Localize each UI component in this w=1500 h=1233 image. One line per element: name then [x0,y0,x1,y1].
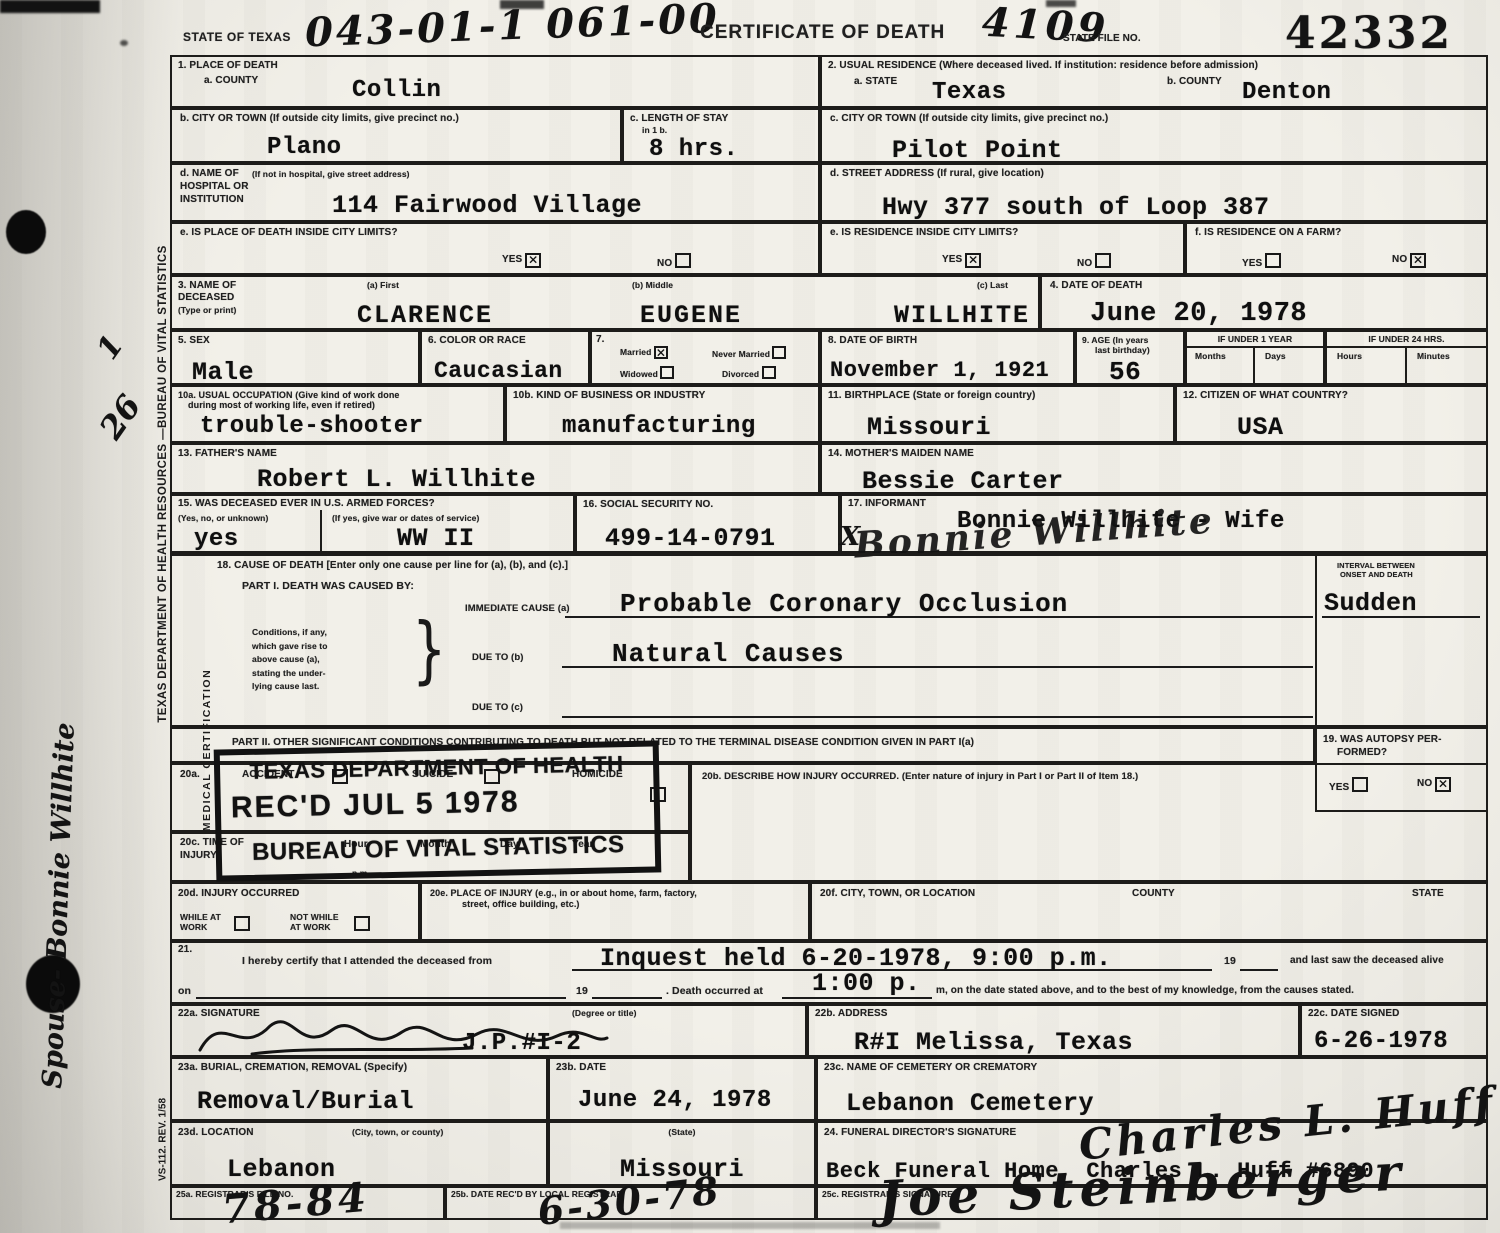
middle-name-value: EUGENE [640,301,742,330]
armed-forces-label: 15. WAS DECEASED EVER IN U.S. ARMED FORC… [178,498,435,511]
ssn-label: 16. SOCIAL SECURITY NO. [583,499,713,512]
field-autopsy: 19. WAS AUTOPSY PER- FORMED? YES NO ✕ [1315,727,1488,812]
no-option: NO ✕ [1417,777,1451,792]
certify-text-1: I hereby certify that I attended the dec… [242,955,492,968]
occupation-label-2: during most of working life, even if ret… [188,400,375,411]
field-cause-of-death: 18. CAUSE OF DEATH [Enter only one cause… [170,553,1488,727]
year-line-2 [592,997,662,999]
city-of-death-value: Plano [267,134,342,161]
days-label: Days [1265,351,1286,362]
conditions-line: above cause (a), [252,653,328,667]
check-mark: ✕ [1438,777,1448,791]
length-of-stay-sublabel: in 1 b. [642,125,667,136]
place-of-injury-label-1: 20e. PLACE OF INJURY (e.g., in or about … [430,888,697,899]
field-address: 22b. ADDRESS R#I Melissa, Texas [807,1004,1300,1057]
divorced-option: Divorced [722,366,776,380]
place-of-death-label: 1. PLACE OF DEATH [178,60,278,73]
field-hospital: d. NAME OF (If not in hospital, give str… [170,163,820,222]
margin-bureau-text: TEXAS DEPARTMENT OF HEALTH RESOURCES —BU… [157,199,169,769]
divorced-label: Divorced [722,369,759,379]
burial-type-value: Removal/Burial [197,1087,414,1116]
field-certification: 21. I hereby certify that I attended the… [170,941,1488,1004]
stamp-line-1: TEXAS DEPARTMENT OF HEALTH [220,750,653,785]
widowed-option: Widowed [620,366,674,380]
field-death-inside-city-limits: e. IS PLACE OF DEATH INSIDE CITY LIMITS?… [170,222,820,275]
field-fathers-name: 13. FATHER'S NAME Robert L. Willhite [170,443,820,494]
city-of-death-label: b. CITY OR TOWN (If outside city limits,… [180,113,459,126]
age-label-2: last birthday) [1095,345,1150,356]
injury-county-label: COUNTY [1132,888,1175,901]
not-while-at-work-label-2: AT WORK [290,922,331,933]
never-married-checkbox [772,346,786,359]
field-name-of-deceased: 3. NAME OF DECEASED (Type or print) (a) … [170,275,1040,330]
yes-label: YES [1329,782,1349,793]
divider [1405,346,1407,383]
sex-value: Male [192,358,254,387]
while-at-work-label-2: WORK [180,922,207,933]
describe-injury-label: 20b. DESCRIBE HOW INJURY OCCURRED. (Ente… [702,771,1138,783]
autopsy-label-1: 19. WAS AUTOPSY PER- [1323,734,1442,747]
burial-date-label: 23b. DATE [556,1062,606,1075]
due-to-c-label: DUE TO (c) [472,702,523,714]
address-label: 22b. ADDRESS [815,1008,888,1021]
field-armed-forces: 15. WAS DECEASED EVER IN U.S. ARMED FORC… [170,494,575,553]
scan-smudge [0,0,100,13]
divorced-checkbox [762,366,776,379]
year-line [1240,969,1278,971]
no-checkbox [675,253,691,268]
autopsy-label-2: FORMED? [1337,747,1387,760]
mothers-name-value: Bessie Carter [862,467,1064,496]
field-injury-location: 20f. CITY, TOWN, OR LOCATION COUNTY STAT… [810,882,1488,941]
check-mark: ✕ [656,346,666,360]
certify-on-label: on [178,985,191,998]
divider [1187,346,1323,348]
hospital-value: 114 Fairwood Village [332,191,642,220]
months-label: Months [1195,351,1226,362]
handwritten-district-code: 043-01-1 061-00 [304,0,720,56]
hospital-paren-label: (If not in hospital, give street address… [252,169,410,180]
industry-value: manufacturing [562,413,756,440]
residence-state-label: a. STATE [854,76,897,89]
length-of-stay-label: c. LENGTH OF STAY [630,113,728,126]
field-mothers-maiden-name: 14. MOTHER'S MAIDEN NAME Bessie Carter [820,443,1488,494]
certify-text-3: m, on the date stated above, and to the … [936,985,1354,998]
under-1-year-label: IF UNDER 1 YEAR [1187,334,1323,345]
due-to-c-line [562,716,1313,718]
immediate-cause-value: Probable Coronary Occlusion [620,589,1068,619]
certify-year-1: 19 [1224,955,1236,968]
check-mark: ✕ [528,253,538,267]
never-married-label: Never Married [712,349,770,359]
field-burial-date: 23b. DATE June 24, 1978 [548,1057,816,1121]
yes-checkbox-checked: ✕ [965,253,981,268]
received-stamp: TEXAS DEPARTMENT OF HEALTH REC'D JUL 5 1… [214,740,662,881]
county-value: Collin [352,77,441,104]
field-usual-occupation: 10a. USUAL OCCUPATION (Give kind of work… [170,385,505,443]
mothers-name-label: 14. MOTHER'S MAIDEN NAME [828,448,974,461]
field-date-of-death: 4. DATE OF DEATH June 20, 1978 [1040,275,1488,330]
field-informant: 17. INFORMANT Bonnie Willhite - Wife X B… [840,494,1488,553]
residence-county-label: b. COUNTY [1167,76,1222,89]
informant-label: 17. INFORMANT [848,498,926,511]
last-name-label: (c) Last [977,280,1008,291]
yes-label: YES [1242,258,1262,269]
hole-punch [6,210,46,254]
citizen-label: 12. CITIZEN OF WHAT COUNTRY? [1183,390,1348,403]
margin-handwritten-number: 26 [92,388,149,446]
field-age: 9. AGE (In years last birthday) 56 [1075,330,1185,385]
check-mark: ✕ [1413,253,1423,267]
field-residence-city: c. CITY OR TOWN (If outside city limits,… [820,108,1488,163]
ssn-value: 499-14-0791 [605,524,776,553]
not-while-at-work-checkbox [354,916,370,931]
field-registrar-file-no: 25a. REGISTRAR'S FILE NO. 78-84 [170,1186,445,1220]
hours-label: Hours [1337,351,1362,362]
never-married-option: Never Married [712,346,786,360]
divider [1253,346,1255,383]
divider [320,510,322,551]
stamp-line-2: REC'D JUL 5 1978 [231,785,520,825]
cemetery-label: 23c. NAME OF CEMETERY OR CREMATORY [824,1062,1037,1075]
field-business-industry: 10b. KIND OF BUSINESS OR INDUSTRY manufa… [505,385,820,443]
on-date-line [196,997,566,999]
hospital-label-2: HOSPITAL OR [180,181,249,194]
no-label: NO [657,258,672,269]
check-mark: ✕ [968,253,978,267]
no-option: NO [1077,253,1111,271]
middle-name-label: (b) Middle [632,280,673,291]
certificate-number: 42332 [1285,8,1453,59]
certificate-title: CERTIFICATE OF DEATH [700,21,945,45]
length-of-stay-value: 8 hrs. [649,136,738,163]
while-at-work-checkbox [234,916,250,931]
married-label: Married [620,347,651,357]
minutes-label: Minutes [1417,351,1450,362]
interval-label-1: INTERVAL BETWEEN [1337,561,1415,570]
age-value: 56 [1109,357,1141,387]
residence-state-value: Texas [932,79,1007,106]
armed-forces-value-2: WW II [397,524,475,553]
field-burial-type: 23a. BURIAL, CREMATION, REMOVAL (Specify… [170,1057,548,1121]
conditions-line: lying cause last. [252,680,328,694]
usual-residence-label: 2. USUAL RESIDENCE (Where deceased lived… [828,60,1258,73]
no-checkbox [1095,253,1111,268]
state-of-texas-label: STATE OF TEXAS [183,30,291,45]
armed-forces-value-1: yes [194,526,239,553]
part-1-label: PART I. DEATH WAS CAUSED BY: [242,580,414,593]
yes-option: YES [1242,253,1281,271]
field-place-of-injury: 20e. PLACE OF INJURY (e.g., in or about … [420,882,810,941]
certify-text-2: and last saw the deceased alive [1290,955,1444,968]
certify-year-2: 19 [576,985,588,998]
death-certificate-scan: TEXAS DEPARTMENT OF HEALTH RESOURCES —BU… [0,0,1500,1233]
cause-of-death-label: 18. CAUSE OF DEATH [Enter only one cause… [217,560,568,573]
date-signed-value: 6-26-1978 [1314,1028,1448,1055]
date-of-death-value: June 20, 1978 [1090,299,1307,329]
field-residence-on-farm: f. IS RESIDENCE ON A FARM? YES NO ✕ [1185,222,1488,275]
degree-label: (Degree or title) [572,1008,637,1019]
no-checkbox-checked: ✕ [1410,253,1426,268]
birthplace-value: Missouri [867,413,991,442]
certification-number: 21. [178,944,192,957]
field-marital-status: 7. Married ✕ Never Married Widowed Divor… [590,330,820,385]
sex-label: 5. SEX [178,335,210,348]
yes-option: YES ✕ [502,253,541,268]
marital-label: 7. [596,334,605,347]
immediate-cause-label: IMMEDIATE CAUSE (a) [465,603,570,615]
interval-label-2: ONSET AND DEATH [1340,570,1413,579]
armed-forces-sublabel-2: (If yes, give war or dates of service) [332,513,479,524]
field-if-under-1-year: IF UNDER 1 YEAR Months Days [1185,330,1325,385]
occupation-value: trouble-shooter [200,413,424,440]
conditions-line: Conditions, if any, [252,626,328,640]
no-label: NO [1392,254,1407,265]
field-length-of-stay: c. LENGTH OF STAY in 1 b. 8 hrs. [622,108,820,163]
residence-farm-label: f. IS RESIDENCE ON A FARM? [1195,227,1341,240]
married-option: Married ✕ [620,346,668,359]
field-signature: 22a. SIGNATURE J.P.#I-2 (Degree or title… [170,1004,807,1057]
cemetery-value: Lebanon Cemetery [846,1089,1094,1118]
margin-form-code: VS-112. REV. 1/58 [158,1077,169,1203]
field-usual-residence: 2. USUAL RESIDENCE (Where deceased lived… [820,55,1488,108]
field-street-address: d. STREET ADDRESS (If rural, give locati… [820,163,1488,222]
name-label-3: (Type or print) [178,305,236,316]
field-20a-label: 20a. [180,769,200,782]
due-to-b-value: Natural Causes [612,639,844,669]
widowed-label: Widowed [620,369,658,379]
citizen-value: USA [1237,413,1284,442]
injury-occurred-label: 20d. INJURY OCCURRED [178,888,299,901]
hospital-label-3: INSTITUTION [180,194,244,207]
due-to-b-label: DUE TO (b) [472,652,524,664]
death-city-limits-label: e. IS PLACE OF DEATH INSIDE CITY LIMITS? [180,227,398,240]
field-date-received: 25b. DATE REC'D BY LOCAL REGISTRAR 6-30-… [445,1186,816,1220]
birthplace-label: 11. BIRTHPLACE (State or foreign country… [828,390,1035,403]
field-citizen-country: 12. CITIZEN OF WHAT COUNTRY? USA [1175,385,1488,443]
dob-label: 8. DATE OF BIRTH [828,335,917,348]
fathers-name-label: 13. FATHER'S NAME [178,448,277,461]
residence-city-limits-label: e. IS RESIDENCE INSIDE CITY LIMITS? [830,227,1018,240]
burial-type-label: 23a. BURIAL, CREMATION, REMOVAL (Specify… [178,1062,407,1075]
street-address-value: Hwy 377 south of Loop 387 [882,193,1270,222]
interval-value: Sudden [1324,589,1417,618]
widowed-checkbox [660,366,674,379]
dob-value: November 1, 1921 [830,358,1049,383]
street-address-label: d. STREET ADDRESS (If rural, give locati… [830,168,1044,181]
death-occurred-label: . Death occurred at [666,985,763,998]
married-checkbox-checked: ✕ [654,346,668,359]
conditions-note: Conditions, if any, which gave rise to a… [252,626,328,694]
divider [1315,556,1317,726]
residence-city-label: c. CITY OR TOWN (If outside city limits,… [830,113,1108,126]
no-checkbox-checked: ✕ [1435,777,1451,792]
yes-label: YES [942,254,962,265]
conditions-line: stating the under- [252,667,328,681]
field-place-of-death: 1. PLACE OF DEATH a. COUNTY Collin [170,55,820,108]
burial-date-value: June 24, 1978 [578,1087,772,1114]
field-injury-occurred: 20d. INJURY OCCURRED WHILE AT WORK NOT W… [170,882,420,941]
yes-checkbox-checked: ✕ [525,253,541,268]
funeral-director-label: 24. FUNERAL DIRECTOR'S SIGNATURE [824,1127,1016,1140]
yes-checkbox [1352,777,1368,792]
first-name-value: CLARENCE [357,301,493,330]
industry-label: 10b. KIND OF BUSINESS OR INDUSTRY [513,390,705,403]
no-option: NO ✕ [1392,253,1426,268]
field-city-of-death: b. CITY OR TOWN (If outside city limits,… [170,108,622,163]
under-24-hrs-label: IF UNDER 24 HRS. [1327,334,1486,345]
field-date-of-birth: 8. DATE OF BIRTH November 1, 1921 [820,330,1075,385]
residence-county-value: Denton [1242,79,1331,106]
field-date-signed: 22c. DATE SIGNED 6-26-1978 [1300,1004,1488,1057]
field-sex: 5. SEX Male [170,330,420,385]
conditions-line: which gave rise to [252,640,328,654]
death-time-value: 1:00 p. [812,969,921,998]
last-name-value: WILLHITE [894,301,1030,330]
state-file-no-label: STATE FILE NO. [1063,33,1141,46]
first-name-label: (a) First [367,280,399,291]
armed-forces-sublabel-1: (Yes, no, or unknown) [178,513,268,524]
time-of-injury-label-2: INJURY [180,850,217,863]
residence-city-value: Pilot Point [892,136,1063,165]
address-value: R#I Melissa, Texas [854,1028,1133,1057]
margin-handwritten-number: 1 [90,329,131,366]
date-of-death-label: 4. DATE OF DEATH [1050,280,1142,293]
injury-state-label: STATE [1412,888,1444,901]
hospital-label: d. NAME OF [180,168,239,181]
yes-checkbox [1265,253,1281,268]
burial-location-label: 23d. LOCATION [178,1127,254,1140]
no-label: NO [1077,258,1092,269]
name-label-1: 3. NAME OF [178,280,236,293]
brace-glyph: } [412,607,446,692]
race-value: Caucasian [434,358,563,384]
injury-city-label: 20f. CITY, TOWN, OR LOCATION [820,888,975,901]
county-label: a. COUNTY [204,75,258,88]
field-registrar-signature: 25c. REGISTRAR'S SIGNATURE Joe Steinberg… [816,1186,1488,1220]
yes-option: YES [1329,777,1368,795]
yes-option: YES ✕ [942,253,981,268]
stamp-line-3: BUREAU OF VITAL STATISTICS [222,830,655,867]
field-birthplace: 11. BIRTHPLACE (State or foreign country… [820,385,1175,443]
no-label: NO [1417,778,1432,789]
field-color-or-race: 6. COLOR OR RACE Caucasian [420,330,590,385]
race-label: 6. COLOR OR RACE [428,335,526,348]
margin-spouse-note: Spouse- Bonnie Willhite [37,710,82,1101]
field-residence-inside-city-limits: e. IS RESIDENCE INSIDE CITY LIMITS? YES … [820,222,1185,275]
no-option: NO [657,253,691,271]
scan-smudge [120,40,128,46]
name-label-2: DECEASED [178,292,234,305]
place-of-injury-label-2: street, office building, etc.) [462,899,580,910]
date-signed-label: 22c. DATE SIGNED [1308,1008,1399,1021]
burial-location-sublabel: (City, town, or county) [352,1127,443,1138]
field-if-under-24-hrs: IF UNDER 24 HRS. Hours Minutes [1325,330,1488,385]
degree-value: J.P.#I-2 [462,1030,581,1057]
yes-label: YES [502,254,522,265]
fathers-name-value: Robert L. Willhite [257,465,536,494]
field-social-security-no: 16. SOCIAL SECURITY NO. 499-14-0791 [575,494,840,553]
burial-state-label: (State) [550,1127,814,1138]
